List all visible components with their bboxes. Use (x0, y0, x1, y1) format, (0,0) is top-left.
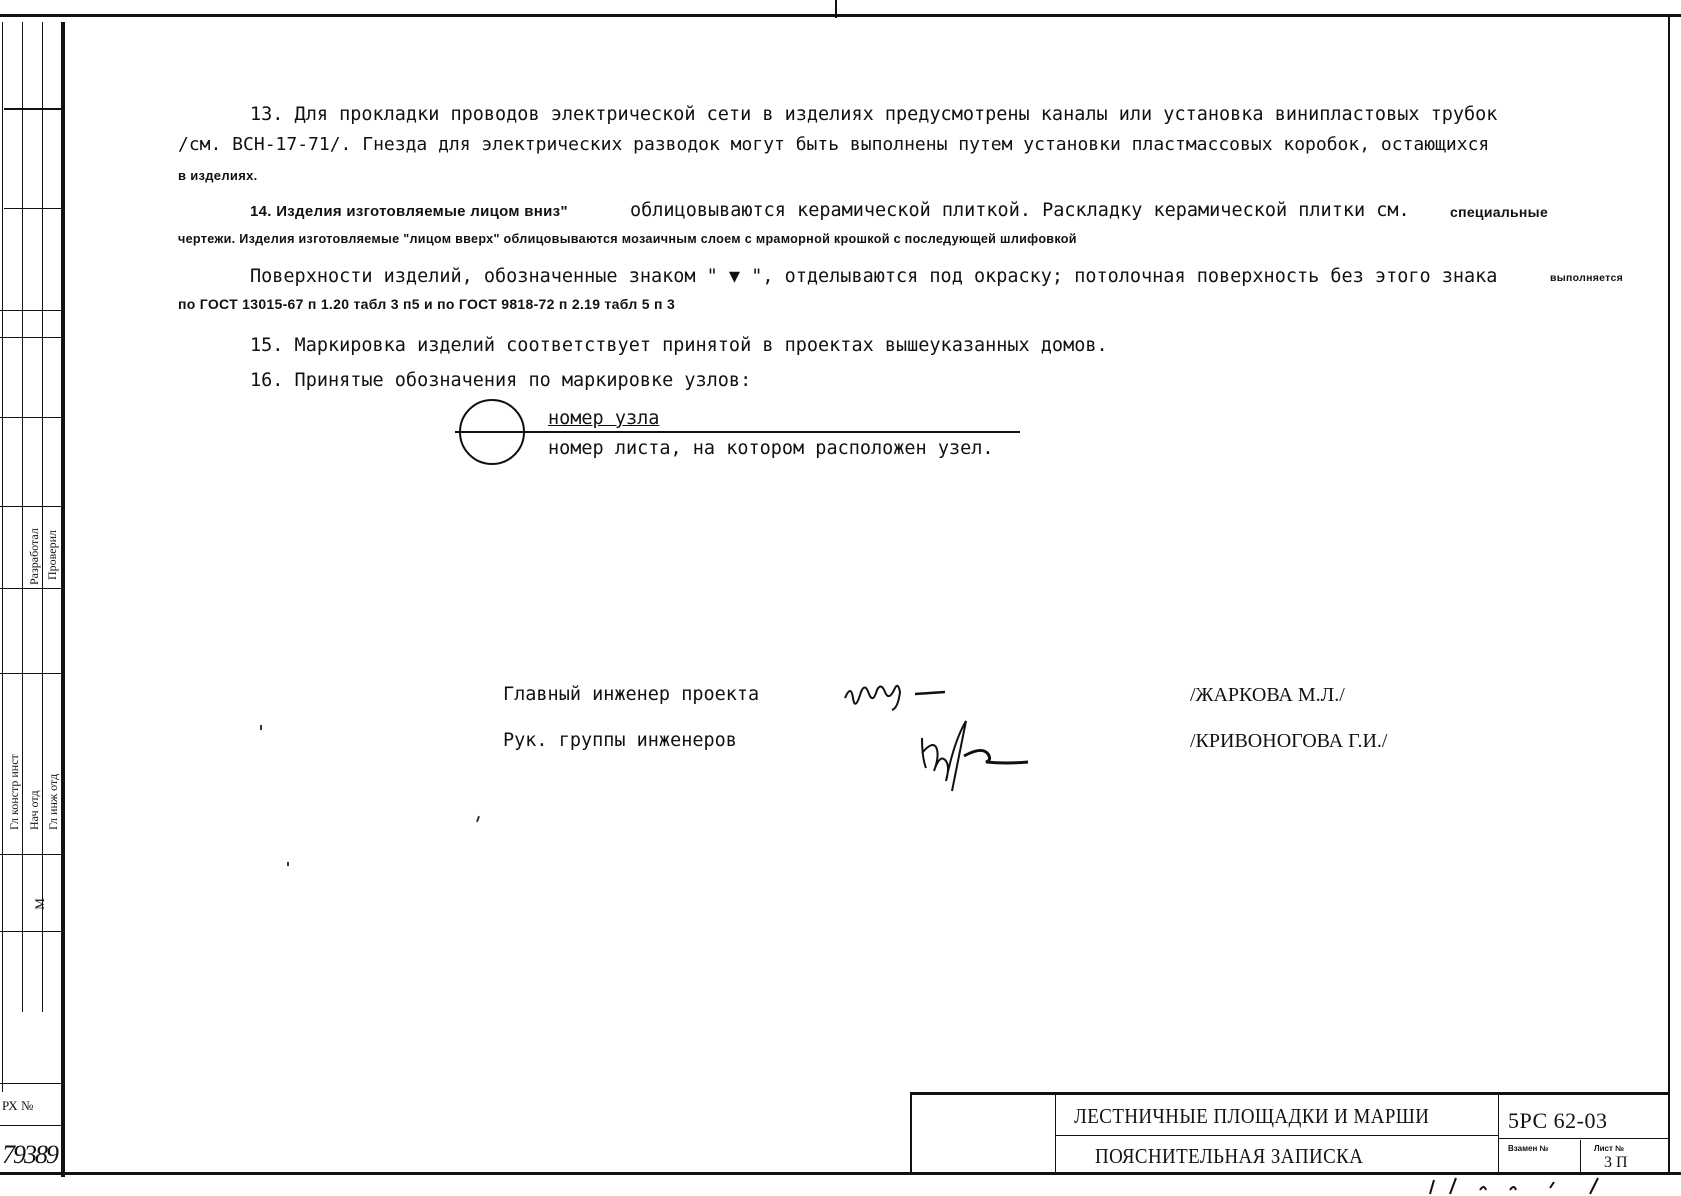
handwritten-note-icon (1420, 1176, 1680, 1196)
sheet-value: 3 П (1604, 1154, 1628, 1172)
paragraph-14-end: специальные (1450, 204, 1548, 220)
chief-engineer-name: /ЖАРКОВА М.Л./ (1190, 684, 1345, 707)
paragraph-16: 16. Принятые обозначения по маркировке у… (250, 370, 751, 391)
dept-head-label: Нач отд (27, 790, 42, 830)
sheet-label: Лист № (1594, 1144, 1624, 1153)
surface-line-2: по ГОСТ 13015-67 п 1.20 табл 3 п5 и по Г… (178, 296, 675, 312)
developed-label: Разработал (27, 528, 42, 585)
frame-top-notch (835, 0, 837, 18)
node-divider (455, 431, 1020, 433)
paragraph-14-handwritten: 14. Изделия изготовляемые лицом вниз" (250, 203, 568, 220)
archive-number: 79389 (2, 1140, 57, 1170)
node-circle-icon (458, 398, 528, 468)
paragraph-14-typed: облицовываются керамической плиткой. Рас… (630, 200, 1410, 221)
stray-mark (476, 816, 480, 822)
checked-label: Проверил (45, 530, 60, 580)
paragraph-13-line-2: /см. ВСН-17-71/. Гнезда для электрически… (178, 134, 1489, 155)
drawing-subtitle: ПОЯСНИТЕЛЬНАЯ ЗАПИСКА (1095, 1144, 1363, 1169)
archive-label: РХ № (2, 1098, 33, 1114)
paragraph-13-line-1: 13. Для прокладки проводов электрической… (250, 104, 1497, 125)
replace-label: Взамен № (1508, 1144, 1548, 1153)
drawing-code: 5РС 62-03 (1508, 1108, 1608, 1134)
frame-right-border (1668, 14, 1670, 1174)
frame-left-border (61, 22, 65, 1177)
chief-constructor-label: Гл констр инст (7, 754, 22, 830)
frame-top-border (0, 14, 1681, 17)
signature-2-icon (910, 708, 1070, 808)
paragraph-14-line-2: чертежи. Изделия изготовляемые "лицом вв… (178, 232, 1077, 246)
chief-eng-dept-label: Гл инж отд (46, 774, 61, 830)
surface-line-1: Поверхности изделий, обозначенные знаком… (250, 266, 1497, 287)
surface-line-1-end: выполняется (1550, 272, 1623, 284)
frame-bottom-border (0, 1172, 1681, 1175)
paragraph-15: 15. Маркировка изделий соответствует при… (250, 335, 1108, 356)
stray-mark (287, 862, 289, 866)
chief-engineer-role: Главный инженер проекта (503, 684, 759, 705)
paragraph-13-line-3: в изделиях. (178, 168, 258, 183)
node-number-label: номер узла (548, 408, 659, 429)
drawing-title: ЛЕСТНИЧНЫЕ ПЛОЩАДКИ И МАРШИ (1074, 1104, 1429, 1129)
group-lead-name: /КРИВОНОГОВА Г.И./ (1190, 730, 1387, 753)
m-label: М (32, 898, 48, 910)
stray-mark (260, 725, 262, 730)
sheet-number-label: номер листа, на котором расположен узел. (548, 438, 994, 459)
group-lead-role: Рук. группы инженеров (503, 730, 737, 751)
